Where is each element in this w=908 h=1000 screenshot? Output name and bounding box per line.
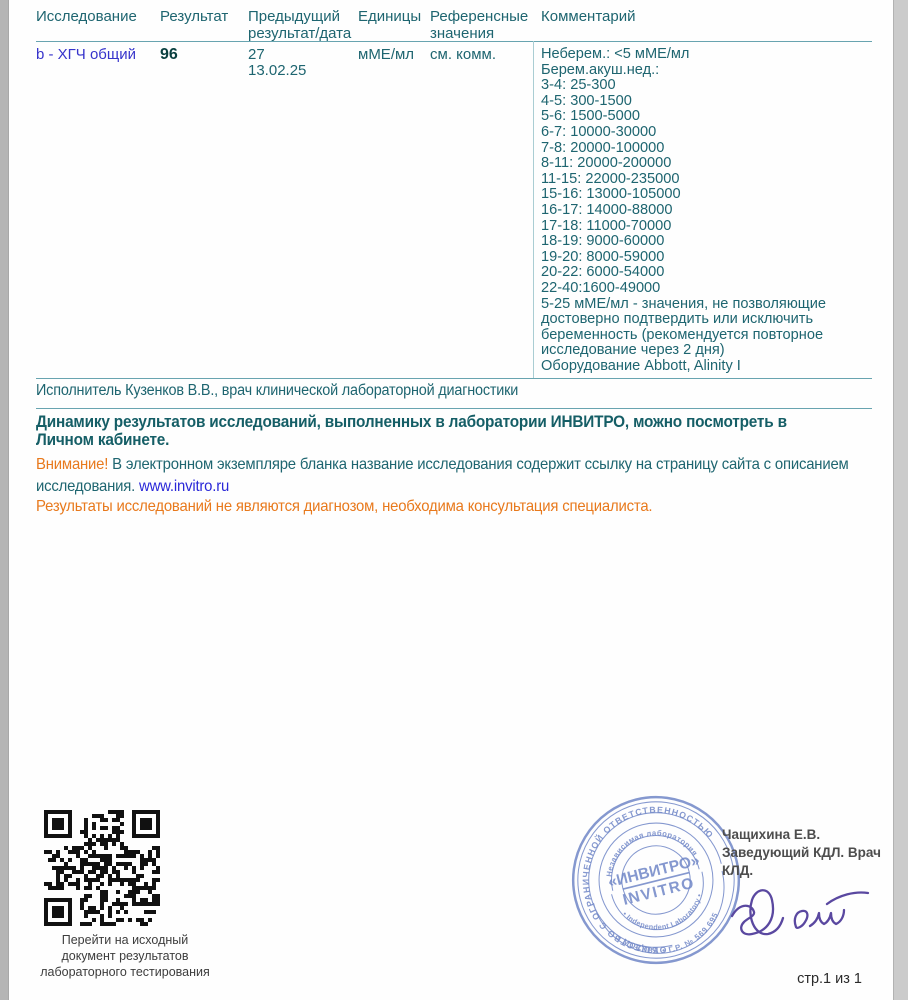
test-name-link[interactable]: b - ХГЧ общий [36, 46, 136, 63]
table-row-previous: 27 13.02.25 [248, 47, 352, 79]
qr-caption: Перейти на исходный документ результатов… [40, 932, 210, 980]
comment-column-divider [533, 41, 534, 378]
disclaimer-note: Результаты исследований не являются диаг… [36, 498, 873, 516]
col-header-units: Единицы [358, 8, 426, 25]
page-number: стр.1 из 1 [750, 971, 862, 987]
row-bottom-line [36, 378, 872, 379]
previous-result-value: 27 [248, 47, 352, 63]
invitro-url-link[interactable]: www.invitro.ru [139, 478, 229, 495]
col-header-comment: Комментарий [541, 8, 873, 25]
table-row-test-name: b - ХГЧ общий [36, 47, 154, 63]
section-divider-line [36, 408, 872, 409]
invitro-stamp: ОБЩЕСТВО С ОГРАНИЧЕННОЙ ОТВЕТСТВЕННОСТЬЮ… [568, 792, 744, 968]
col-header-previous: Предыдущий результат/дата [248, 8, 352, 42]
qr-block: Перейти на исходный документ результатов… [40, 810, 210, 980]
signer-name: Чащихина Е.В. [722, 826, 908, 844]
result-value: 96 [160, 46, 178, 63]
col-header-result: Результат [160, 8, 244, 25]
attention-label: Внимание! [36, 456, 108, 473]
attention-note: Внимание! В электронном экземпляре бланк… [36, 454, 873, 498]
table-row-comment: Неберем.: <5 мМЕ/мл Берем.акуш.нед.: 3-4… [541, 47, 873, 374]
col-header-reference: Референсные значения [430, 8, 530, 42]
table-row-result: 96 [160, 47, 244, 63]
executor-line: Исполнитель Кузенков В.В., врач клиничес… [36, 382, 518, 400]
left-page-edge [0, 0, 9, 1000]
table-row-reference: см. комм. [430, 47, 530, 63]
signature [726, 850, 876, 950]
qr-code [44, 810, 160, 926]
table-row-units: мМЕ/мл [358, 47, 426, 63]
lab-report-page: Исследование Результат Предыдущий резуль… [0, 0, 908, 1000]
col-header-test: Исследование [36, 8, 154, 25]
header-underline [36, 41, 872, 42]
dynamics-note: Динамику результатов исследований, выпол… [36, 414, 823, 449]
previous-result-date: 13.02.25 [248, 63, 352, 79]
